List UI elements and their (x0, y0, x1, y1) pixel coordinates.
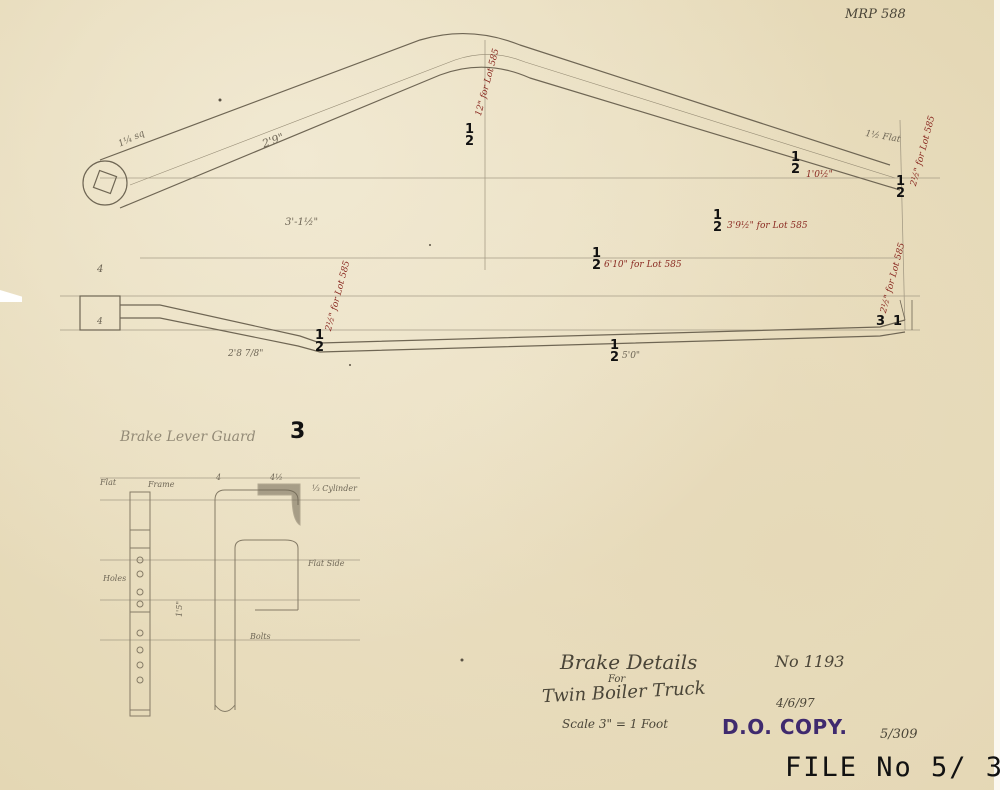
section-marker: 3 (290, 421, 305, 443)
guard-frame-note: Frame (148, 481, 174, 489)
drawing-title: Brake Details (560, 652, 697, 672)
part-marker-7: 12 (610, 340, 619, 364)
part-note-7: 5'0" (622, 352, 640, 361)
guard-holes-note: Holes (103, 575, 126, 583)
technical-drawing (0, 0, 1000, 790)
drawing-date: 4/6/97 (776, 697, 815, 709)
file-annotation: 5/309 (880, 728, 917, 741)
jaw-width-dimension: 4 (97, 265, 103, 275)
guard-dim-15: 1'5" (176, 601, 184, 617)
guard-cylinder-note: ⅓ Cylinder (312, 485, 357, 493)
reference-mark: MRP 588 (845, 8, 906, 21)
lower-rod-dimension: 2'8 7/8" (228, 350, 263, 359)
drawing-number: No 1193 (775, 654, 844, 670)
part-marker-5: 12 (592, 248, 601, 272)
part-marker-6: 12 (315, 330, 324, 354)
part-marker-8: 31 (876, 316, 902, 328)
copy-stamp: D.O. COPY. (722, 717, 847, 737)
guard-dim-4: 4 (216, 474, 221, 482)
part-marker-3: 12 (896, 176, 905, 200)
part-note-4: 3'9½" for Lot 585 (727, 222, 808, 231)
guard-dim-4b: 4½ (270, 474, 283, 482)
drawing-scale: Scale 3" = 1 Foot (562, 718, 668, 730)
guard-flat-note: Flat (100, 479, 116, 487)
part-note-5: 6'10" for Lot 585 (604, 261, 682, 270)
pull-rod-lower (80, 296, 912, 352)
part-marker-4: 12 (713, 210, 722, 234)
jaw-offset-dimension: 4 (97, 318, 103, 327)
pull-rod-dimension: 3'-1½" (285, 218, 318, 228)
part-marker-2: 12 (791, 152, 800, 176)
part-note-2: 1'0½" (806, 171, 833, 180)
guard-flat-side-note: Flat Side (308, 560, 345, 568)
guard-title: Brake Lever Guard (120, 430, 256, 444)
file-number-stamp: FILE No 5/ 309 (785, 754, 1000, 781)
part-marker-1: 12 (465, 124, 474, 148)
guard-bolts-note: Bolts (250, 633, 271, 641)
